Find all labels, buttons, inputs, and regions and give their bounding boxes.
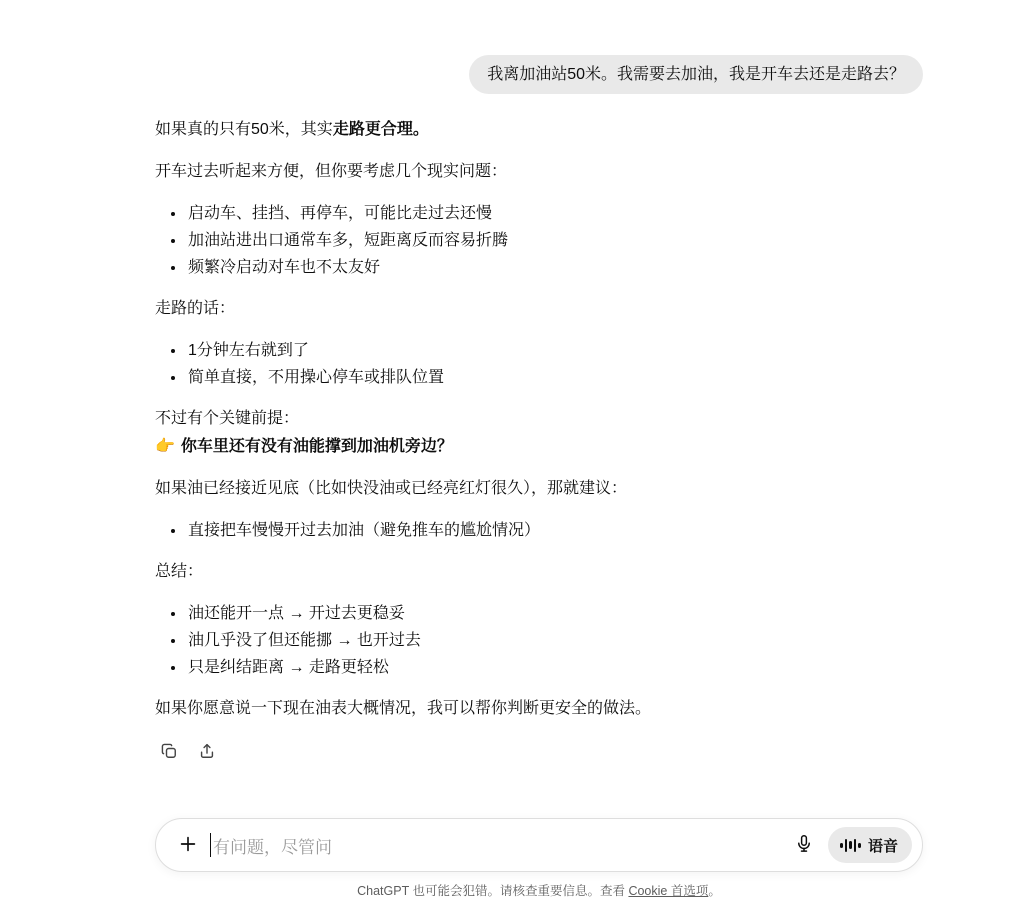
key-premise-text: 不过有个关键前提： bbox=[155, 410, 299, 427]
message-input[interactable]: 有问题，尽管问 bbox=[210, 819, 786, 871]
microphone-icon bbox=[793, 833, 815, 858]
list-item: 油几乎没了但还能挪 → 也开过去 bbox=[186, 627, 923, 654]
chat-thread: 我离加油站50米。我需要去加油，我是开车去还是走路去？ 如果真的只有50米，其实… bbox=[155, 0, 923, 765]
list-item: 直接把车慢慢开过去加油（避免推车的尴尬情况） bbox=[186, 517, 923, 544]
cookie-preferences-link[interactable]: Cookie 首选项 bbox=[628, 884, 708, 898]
assistant-paragraph-walk-intro: 走路的话： bbox=[155, 295, 923, 323]
voice-waveform-icon bbox=[840, 839, 861, 852]
user-message-row: 我离加油站50米。我需要去加油，我是开车去还是走路去？ bbox=[155, 0, 923, 94]
assistant-paragraph-low-fuel: 如果油已经接近见底（比如快没油或已经亮红灯很久），那就建议： bbox=[155, 475, 923, 503]
message-actions bbox=[155, 737, 923, 765]
list-item: 只是纠结距离 → 走路更轻松 bbox=[186, 654, 923, 681]
assistant-paragraph-key-premise: 不过有个关键前提： 👉你车里还有没有油能撑到加油机旁边？ bbox=[155, 405, 923, 461]
list-item: 1分钟左右就到了 bbox=[186, 337, 923, 364]
copy-icon bbox=[159, 741, 179, 761]
list-item: 加油站进出口通常车多，短距离反而容易折腾 bbox=[186, 227, 923, 254]
copy-button[interactable] bbox=[155, 737, 183, 765]
walk-benefits-list: 1分钟左右就到了 简单直接，不用操心停车或排队位置 bbox=[155, 337, 923, 391]
summary-list: 油还能开一点 → 开过去更稳妥 油几乎没了但还能挪 → 也开过去 只是纠结距离 … bbox=[155, 600, 923, 681]
disclaimer-text: ChatGPT 也可能会犯错。请核查重要信息。查看 bbox=[357, 884, 628, 898]
plus-icon bbox=[177, 833, 199, 858]
text-caret bbox=[210, 833, 211, 857]
assistant-paragraph-summary-label: 总结： bbox=[155, 558, 923, 586]
list-item: 油还能开一点 → 开过去更稳妥 bbox=[186, 600, 923, 627]
list-item: 频繁冷启动对车也不太友好 bbox=[186, 254, 923, 281]
assistant-paragraph-drive-intro: 开车过去听起来方便，但你要考虑几个现实问题： bbox=[155, 158, 923, 186]
key-question-bold: 你车里还有没有油能撑到加油机旁边？ bbox=[181, 438, 453, 455]
voice-mode-label: 语音 bbox=[868, 835, 898, 856]
intro-bold-text: 走路更合理。 bbox=[333, 121, 429, 138]
dictate-button[interactable] bbox=[786, 827, 822, 863]
share-button[interactable] bbox=[193, 737, 221, 765]
share-icon bbox=[197, 741, 217, 761]
pointing-right-emoji: 👉 bbox=[155, 438, 175, 455]
intro-text: 如果真的只有50米，其实 bbox=[155, 121, 333, 138]
attach-button[interactable] bbox=[172, 829, 204, 861]
list-item: 启动车、挂挡、再停车，可能比走过去还慢 bbox=[186, 200, 923, 227]
composer: 有问题，尽管问 语音 bbox=[155, 818, 923, 872]
footer-disclaimer: ChatGPT 也可能会犯错。请核查重要信息。查看 Cookie 首选项。 bbox=[155, 881, 923, 899]
assistant-paragraph-intro: 如果真的只有50米，其实走路更合理。 bbox=[155, 116, 923, 144]
input-placeholder: 有问题，尽管问 bbox=[213, 833, 332, 858]
voice-mode-button[interactable]: 语音 bbox=[828, 827, 912, 863]
assistant-paragraph-closing: 如果你愿意说一下现在油表大概情况，我可以帮你判断更安全的做法。 bbox=[155, 695, 923, 723]
drive-concerns-list: 启动车、挂挡、再停车，可能比走过去还慢 加油站进出口通常车多，短距离反而容易折腾… bbox=[155, 200, 923, 281]
disclaimer-text-end: 。 bbox=[708, 884, 721, 898]
list-item: 简单直接，不用操心停车或排队位置 bbox=[186, 364, 923, 391]
assistant-message: 如果真的只有50米，其实走路更合理。 开车过去听起来方便，但你要考虑几个现实问题… bbox=[155, 116, 923, 723]
advice-list: 直接把车慢慢开过去加油（避免推车的尴尬情况） bbox=[155, 517, 923, 544]
user-message-bubble: 我离加油站50米。我需要去加油，我是开车去还是走路去？ bbox=[469, 55, 923, 94]
